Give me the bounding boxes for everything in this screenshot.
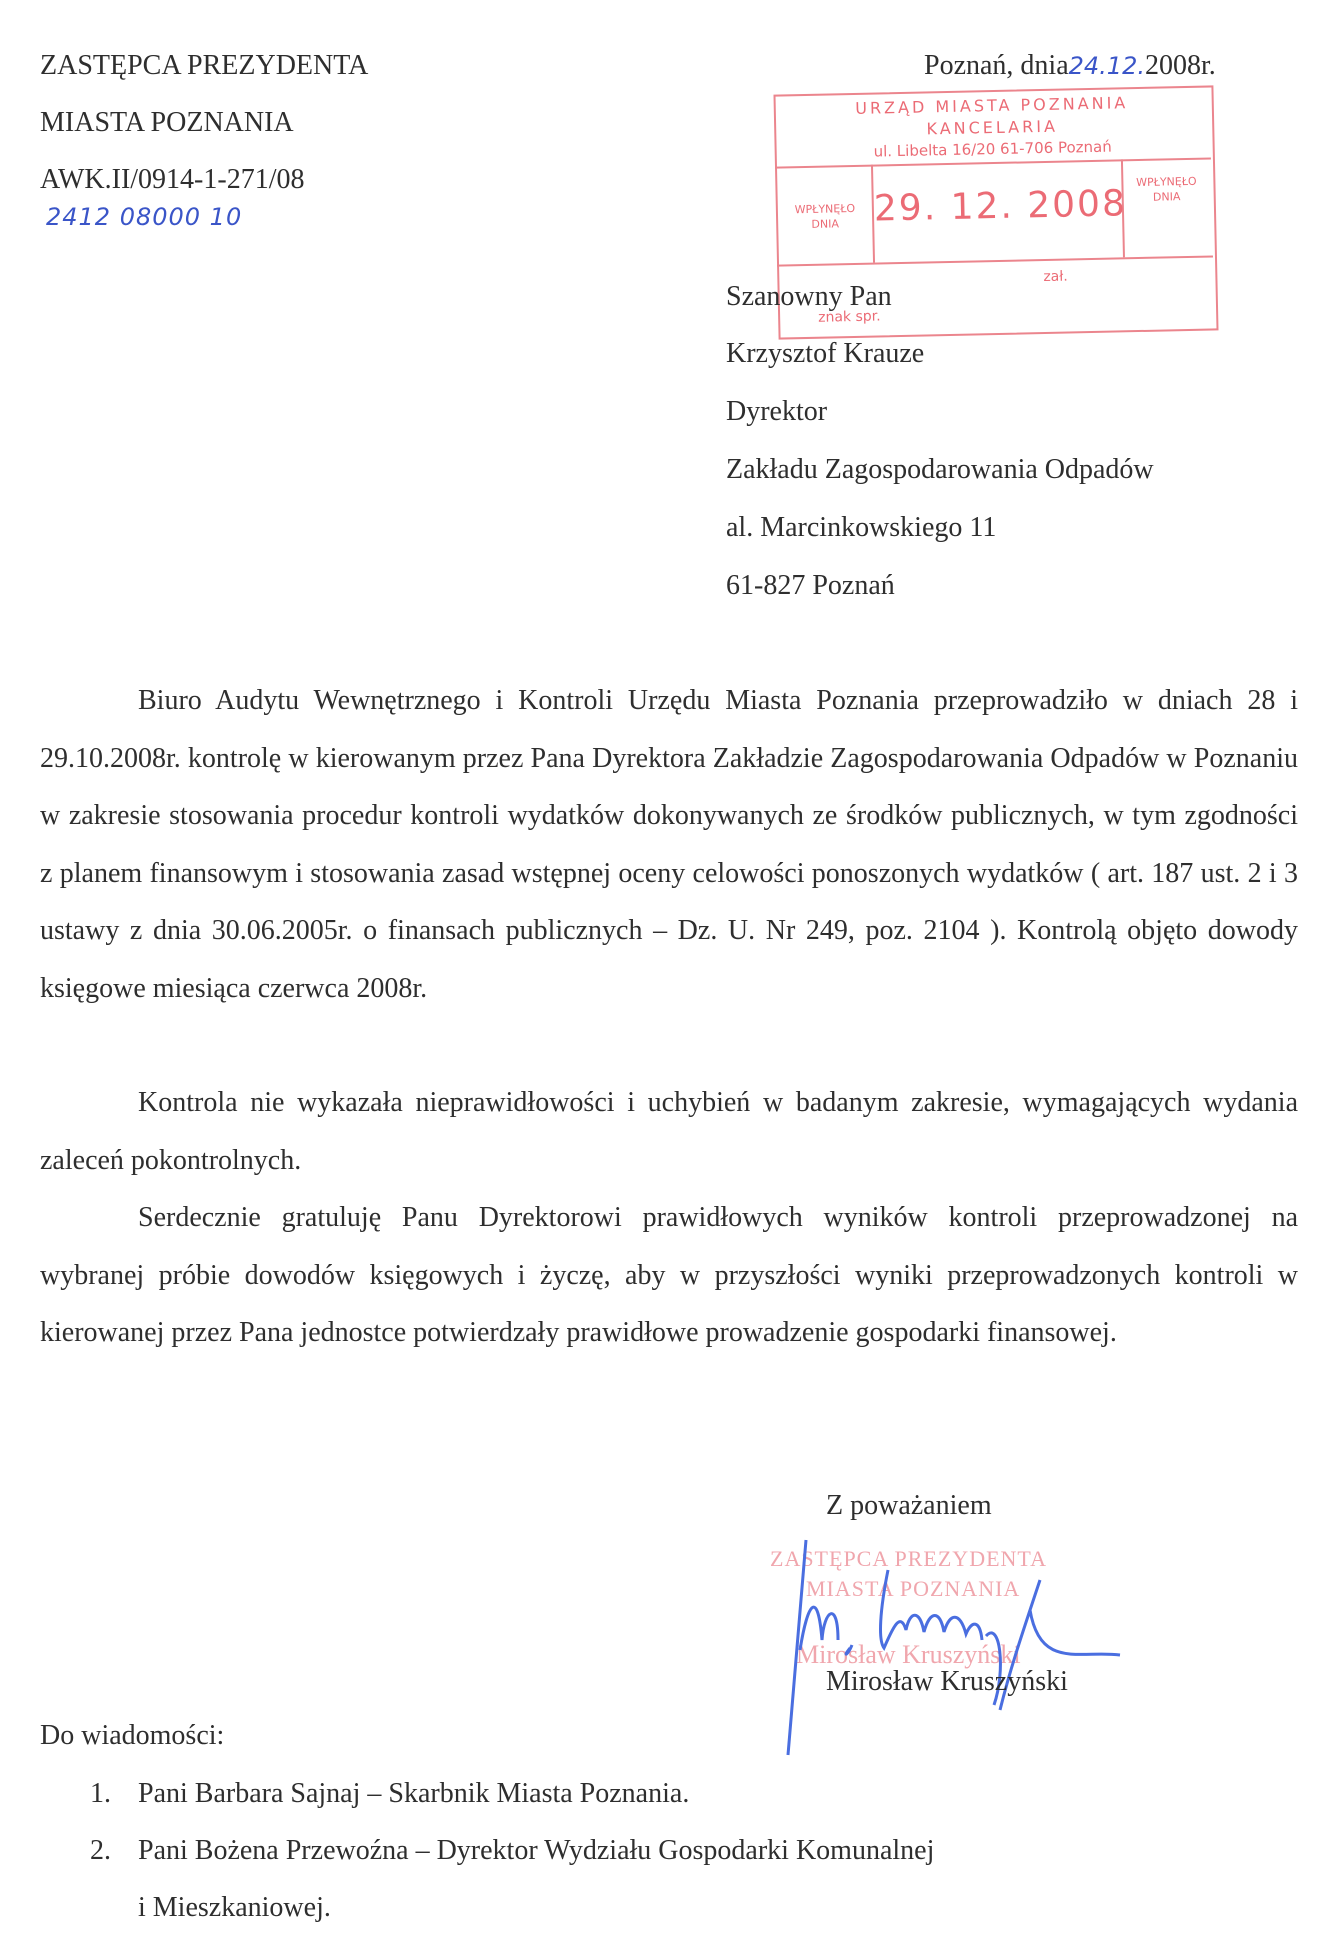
recipient-city: 61-827 Poznań bbox=[726, 572, 895, 600]
stamp-received-label-right: WPŁYNĘŁO DNIA bbox=[1123, 174, 1210, 206]
reference-number: AWK.II/0914-1-271/08 bbox=[40, 166, 304, 194]
place-date-prefix: Poznań, dnia bbox=[924, 50, 1069, 81]
recipient-street: al. Marcinkowskiego 11 bbox=[726, 514, 996, 542]
body-paragraph-1: Biuro Audytu Wewnętrznego i Kontroli Urz… bbox=[40, 672, 1298, 1017]
stamp-received-date: 29. 12. 2008 bbox=[873, 183, 1122, 229]
issuer-line-2: MIASTA POZNANIA bbox=[40, 109, 294, 137]
place-date-suffix: 2008r. bbox=[1145, 50, 1216, 81]
issuer-line-1: ZASTĘPCA PREZYDENTA bbox=[40, 52, 368, 80]
cc-item-continuation-text: i Mieszkaniowej. bbox=[138, 1892, 331, 1923]
cc-list: 1. Pani Barbara Sajnaj – Skarbnik Miasta… bbox=[40, 1765, 934, 1936]
cc-item: 1. Pani Barbara Sajnaj – Skarbnik Miasta… bbox=[40, 1765, 934, 1822]
cc-item-number: 2. bbox=[90, 1822, 111, 1879]
recipient-organization: Zakładu Zagospodarowania Odpadów bbox=[726, 456, 1154, 484]
signer-name: Mirosław Kruszyński bbox=[826, 1668, 1068, 1696]
recipient-name: Krzysztof Krauze bbox=[726, 340, 924, 368]
stamp-attachments-label: zał. bbox=[1043, 269, 1068, 286]
body-paragraph-3: Serdecznie gratuluję Panu Dyrektorowi pr… bbox=[40, 1189, 1298, 1362]
cc-label: Do wiadomości: bbox=[40, 1722, 224, 1750]
cc-item-text: Pani Bożena Przewoźna – Dyrektor Wydział… bbox=[138, 1835, 934, 1866]
cc-item-text: Pani Barbara Sajnaj – Skarbnik Miasta Po… bbox=[138, 1778, 689, 1809]
stamp-received-label-left: WPŁYNĘŁO DNIA bbox=[780, 201, 871, 233]
closing-greeting: Z poważaniem bbox=[826, 1492, 992, 1520]
place-date: Poznań, dnia24.12.2008r. bbox=[924, 52, 1216, 80]
salutation: Szanowny Pan bbox=[726, 283, 892, 311]
cc-item-continuation: i Mieszkaniowej. bbox=[40, 1879, 934, 1936]
cc-item-number: 1. bbox=[90, 1765, 111, 1822]
body-paragraph-2: Kontrola nie wykazała nieprawidłowości i… bbox=[40, 1074, 1298, 1189]
cc-item: 2. Pani Bożena Przewoźna – Dyrektor Wydz… bbox=[40, 1822, 934, 1879]
recipient-title: Dyrektor bbox=[726, 398, 827, 426]
handwritten-registry-number: 2412 08000 10 bbox=[46, 203, 242, 231]
signature bbox=[760, 1530, 1160, 1760]
handwritten-date: 24.12. bbox=[1069, 52, 1145, 80]
